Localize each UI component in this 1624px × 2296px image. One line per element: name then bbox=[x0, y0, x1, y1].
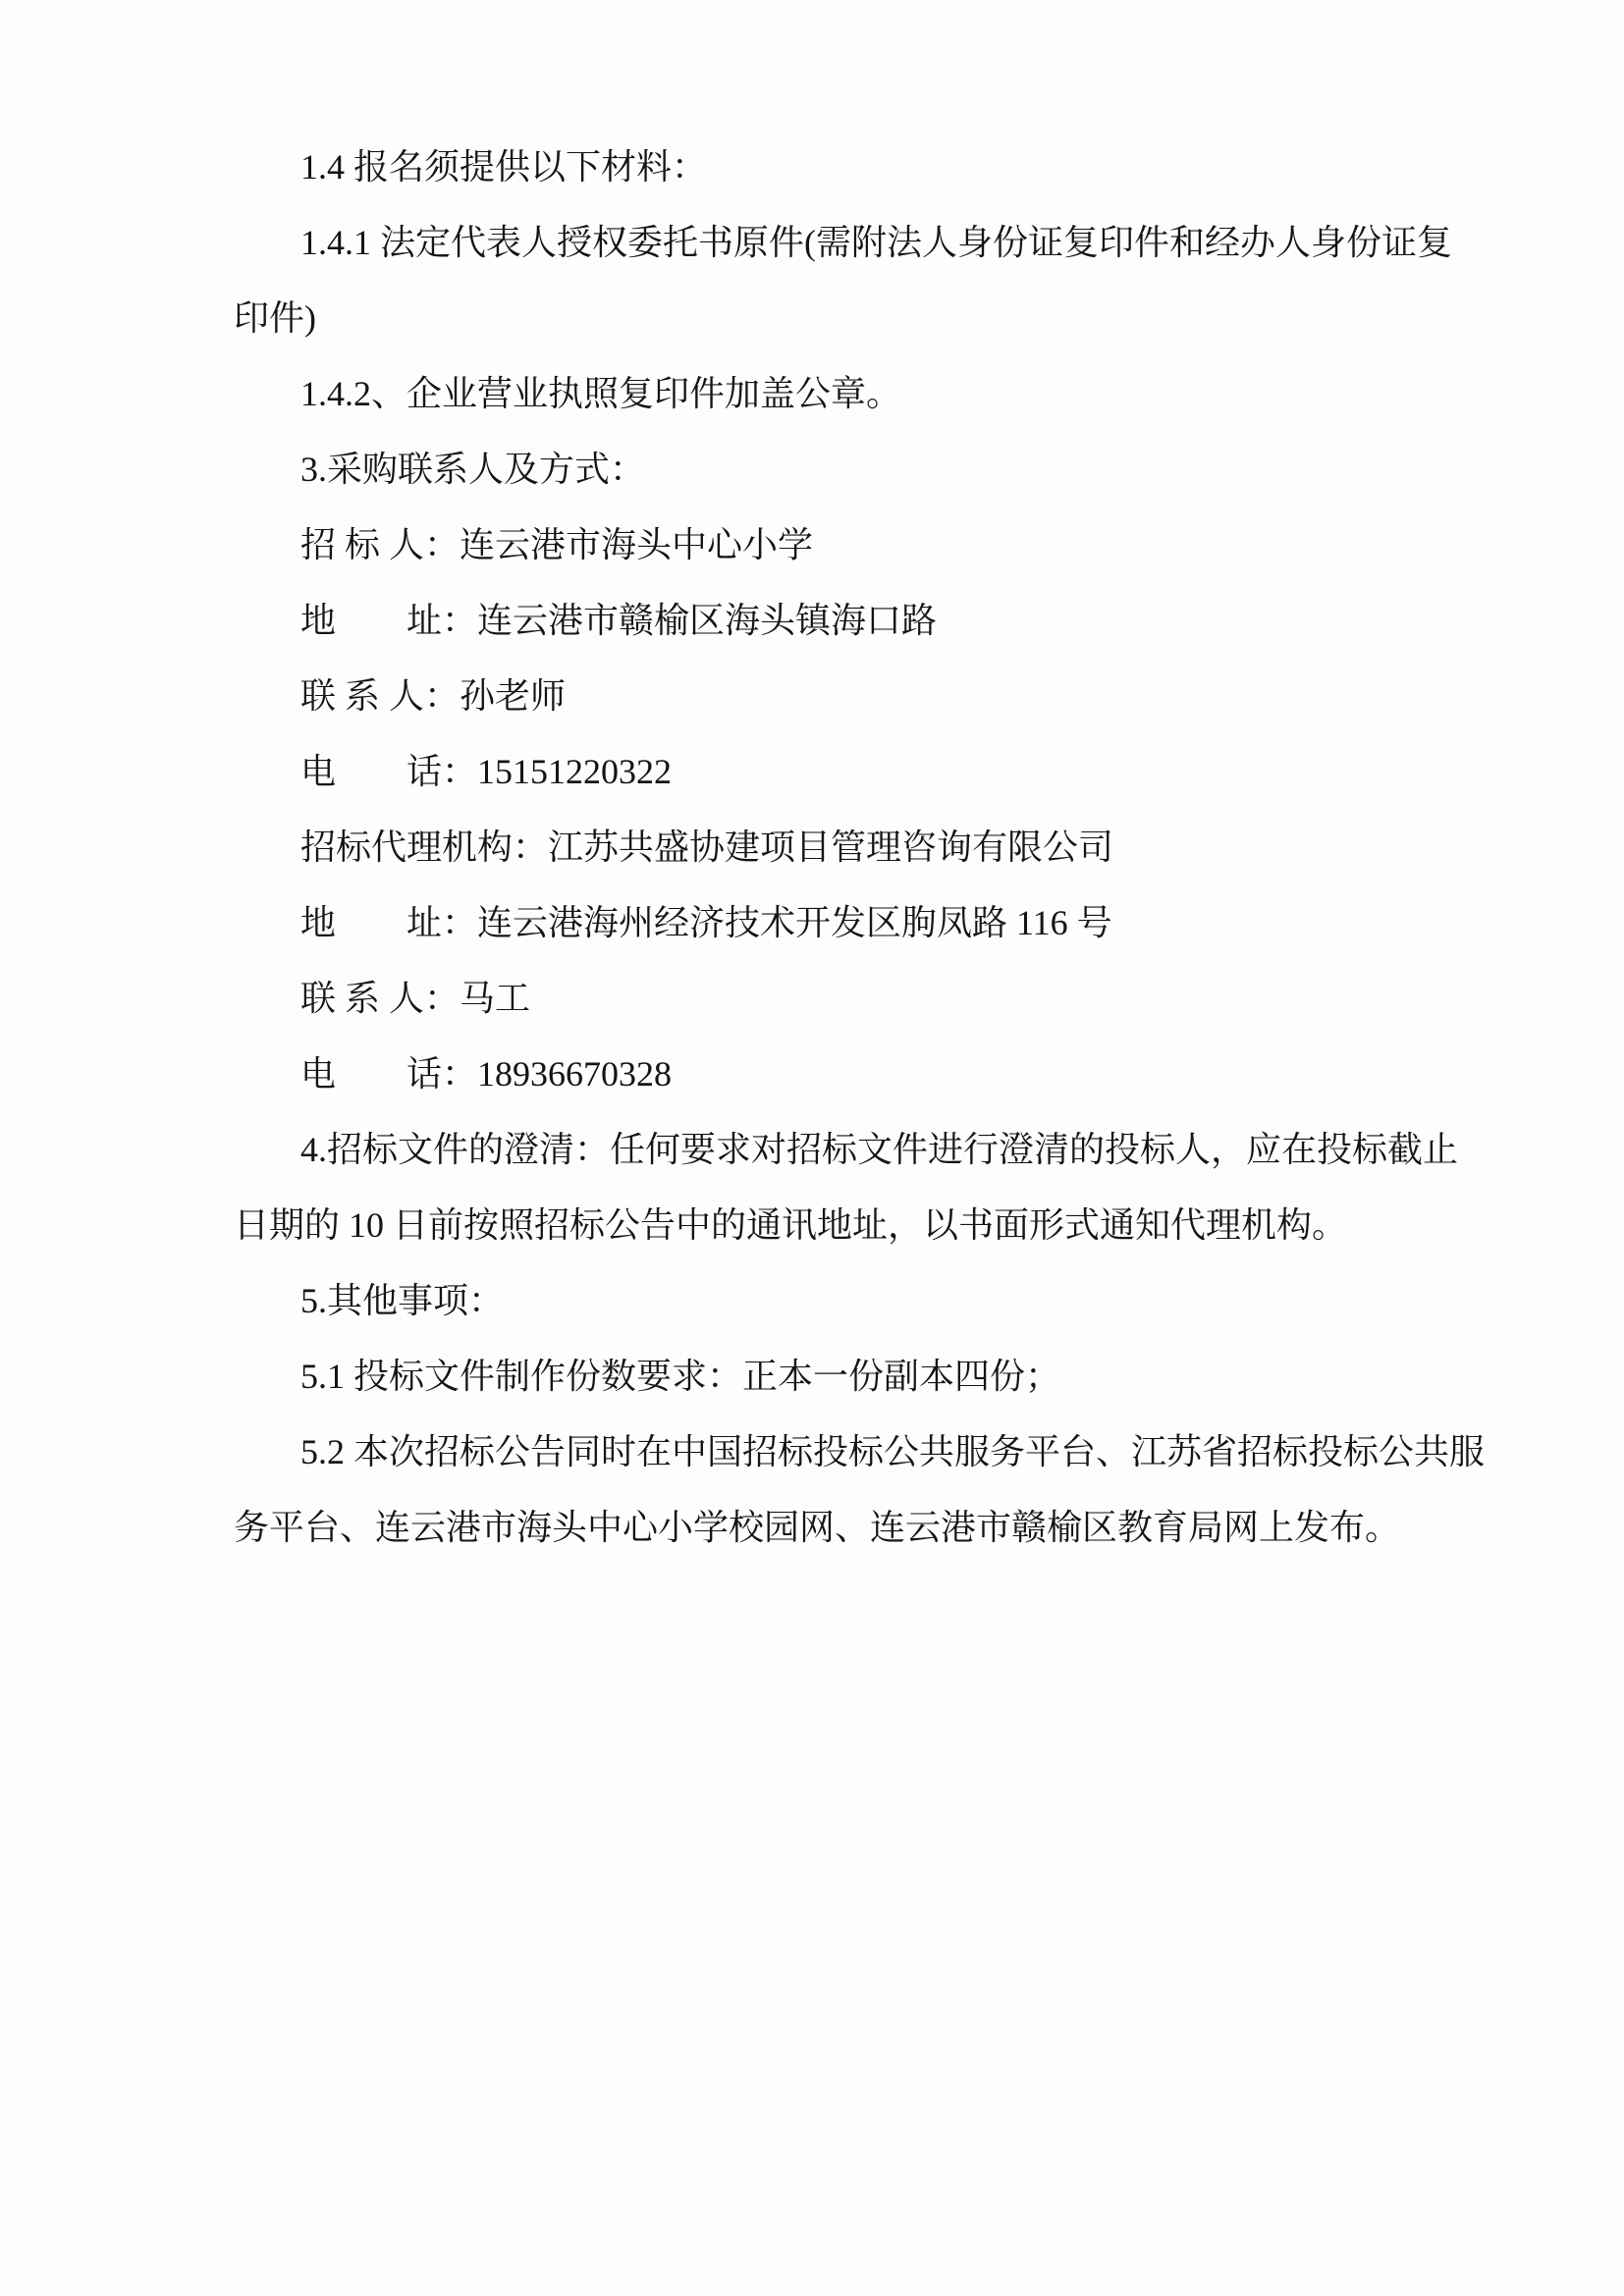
doc-line-other-heading: 5.其他事项： bbox=[234, 1263, 1412, 1339]
doc-line-publish-platforms: 5.2 本次招标公告同时在中国招标投标公共服务平台、江苏省招标投标公共服 bbox=[234, 1415, 1412, 1490]
doc-line-agency-address: 地 址：连云港海州经济技术开发区朐凤路 116 号 bbox=[234, 885, 1412, 961]
document-page: 1.4 报名须提供以下材料： 1.4.1 法定代表人授权委托书原件(需附法人身份… bbox=[234, 130, 1412, 1566]
doc-line-agency-phone: 电 话：18936670328 bbox=[234, 1037, 1412, 1112]
doc-line-publish-platforms-cont: 务平台、连云港市海头中心小学校园网、连云港市赣榆区教育局网上发布。 bbox=[234, 1490, 1412, 1566]
doc-line-copies-requirement: 5.1 投标文件制作份数要求：正本一份副本四份； bbox=[234, 1339, 1412, 1415]
doc-line-agency-name: 招标代理机构：江苏共盛协建项目管理咨询有限公司 bbox=[234, 810, 1412, 885]
doc-line-tenderer-contact: 联 系 人：孙老师 bbox=[234, 659, 1412, 734]
doc-line-tenderer-phone: 电 话：15151220322 bbox=[234, 734, 1412, 810]
doc-line-agency-contact: 联 系 人：马工 bbox=[234, 961, 1412, 1037]
doc-line-materials-1-cont: 印件) bbox=[234, 281, 1412, 356]
doc-line-clarification-cont: 日期的 10 日前按照招标公告中的通讯地址，以书面形式通知代理机构。 bbox=[234, 1188, 1412, 1263]
doc-line-materials-2: 1.4.2、企业营业执照复印件加盖公章。 bbox=[234, 356, 1412, 432]
doc-line-tenderer-name: 招 标 人：连云港市海头中心小学 bbox=[234, 507, 1412, 583]
doc-line-clarification: 4.招标文件的澄清：任何要求对招标文件进行澄清的投标人，应在投标截止 bbox=[234, 1112, 1412, 1188]
doc-line-contact-heading: 3.采购联系人及方式： bbox=[234, 432, 1412, 507]
doc-line-materials-heading: 1.4 报名须提供以下材料： bbox=[234, 130, 1412, 205]
doc-line-materials-1: 1.4.1 法定代表人授权委托书原件(需附法人身份证复印件和经办人身份证复 bbox=[234, 205, 1412, 281]
doc-line-tenderer-address: 地 址：连云港市赣榆区海头镇海口路 bbox=[234, 583, 1412, 659]
